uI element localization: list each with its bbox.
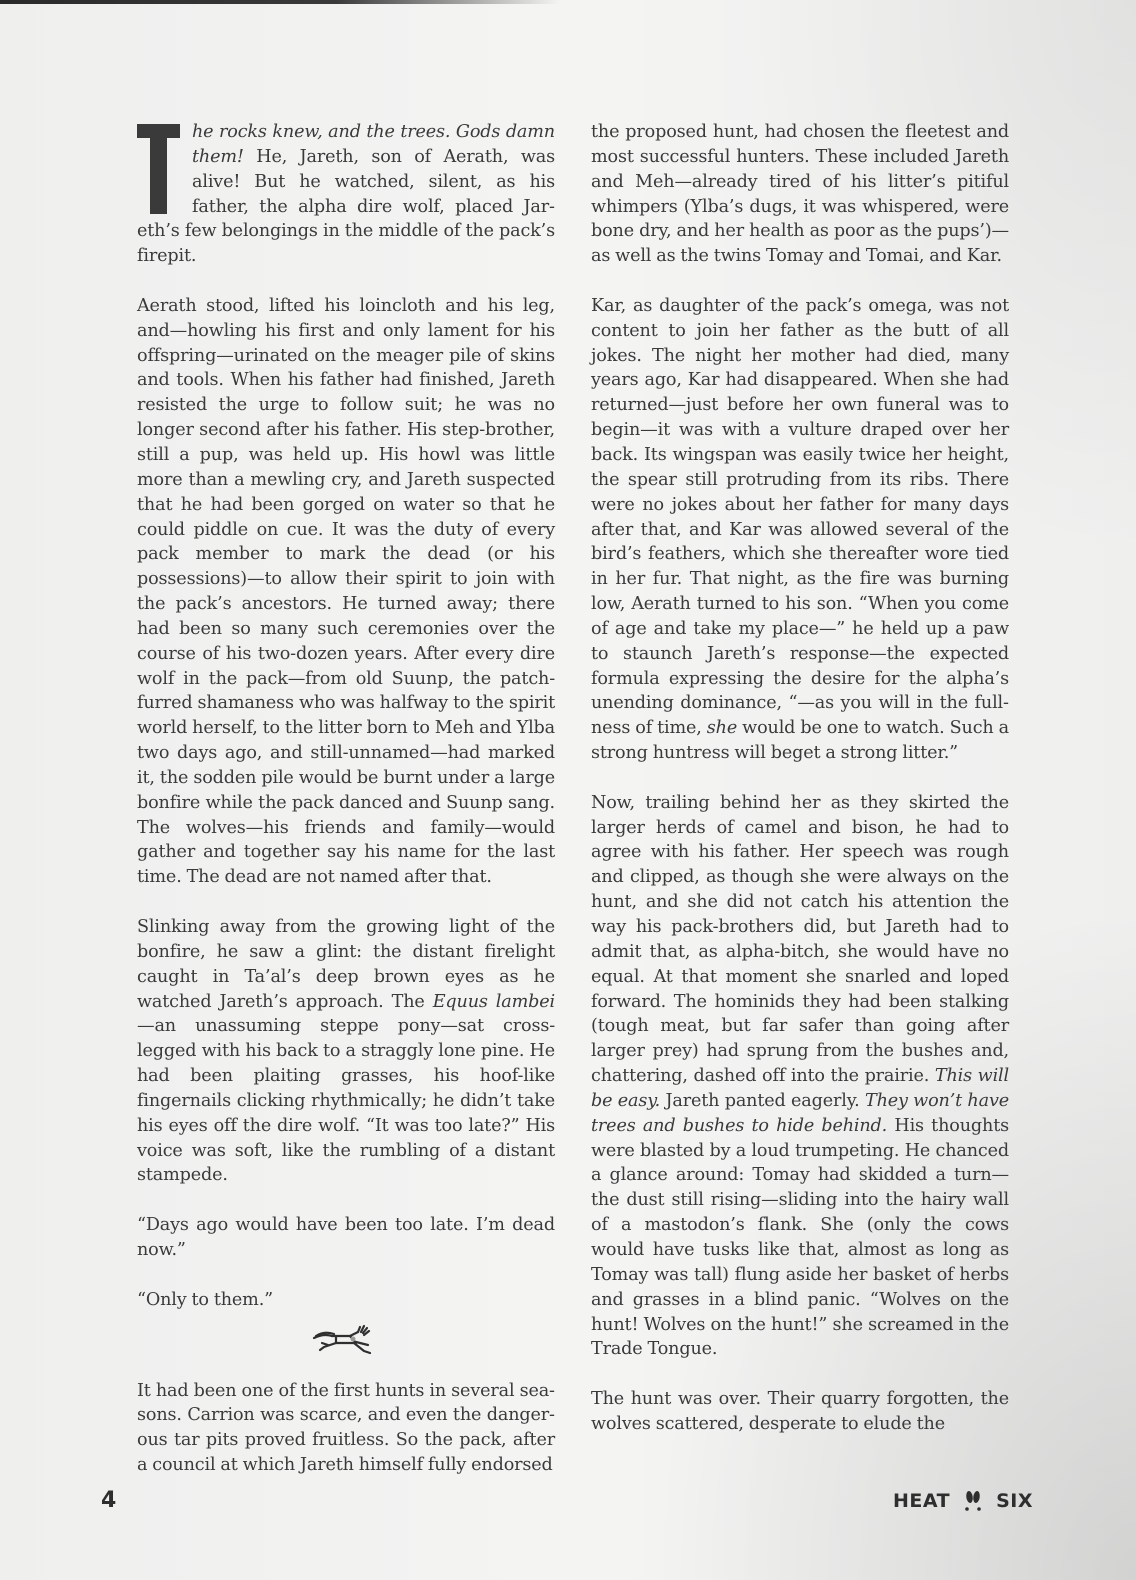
emphasis: she [707, 718, 737, 738]
paragraph-hunters: the proposed hunt, had chosen the fleete… [591, 120, 1009, 269]
dialogue-line-1: “Days ago would have been too late. I’m … [137, 1213, 555, 1263]
text-run: —an unas­suming steppe pony—sat cross-le… [137, 1016, 555, 1185]
paragraph-taal: Slinking away from the growing light of … [137, 915, 555, 1188]
dialogue-line-2: “Only to them.” [137, 1288, 555, 1313]
section-break [137, 1321, 555, 1379]
text-run: Jareth panted eagerly. [660, 1091, 865, 1111]
paragraph-aerath-ritual: Aerath stood, lifted his loincloth and h… [137, 294, 555, 890]
paragraph-chase: Now, trailing behind her as they skirted… [591, 791, 1009, 1362]
running-horse-ornament-icon [306, 1321, 386, 1361]
text-run: Kar, as daughter of the pack’s omega, wa… [591, 296, 1009, 738]
paw-print-icon [962, 1489, 984, 1513]
paragraph-hunt-over: The hunt was over. Their quarry forgotte… [591, 1387, 1009, 1437]
publication-footer: HEAT SIX [893, 1489, 1033, 1513]
brand-word-left: HEAT [893, 1490, 950, 1512]
paragraph-hunt-begins: It had been one of the first hunts in se… [137, 1379, 555, 1478]
page-number: 4 [101, 1488, 116, 1513]
left-column: T he rocks knew, and the trees. Gods dam… [137, 120, 555, 1478]
text-run: His thoughts were blasted by a loud trum… [591, 1116, 1009, 1360]
dropcap-t: T [137, 124, 180, 214]
magazine-page: T he rocks knew, and the trees. Gods dam… [0, 0, 1136, 1580]
dropcap-stem [150, 124, 167, 214]
brand-word-right: SIX [996, 1490, 1033, 1512]
text-run: Now, trailing behind her as they skirted… [591, 793, 1009, 1086]
paragraph-kar: Kar, as daughter of the pack’s omega, wa… [591, 294, 1009, 766]
opening-paragraph: T he rocks knew, and the trees. Gods dam… [137, 120, 555, 269]
right-column: the proposed hunt, had chosen the fleete… [591, 120, 1009, 1437]
species-name: Equus lambei [433, 992, 555, 1012]
page-top-edge-shadow [0, 0, 560, 4]
